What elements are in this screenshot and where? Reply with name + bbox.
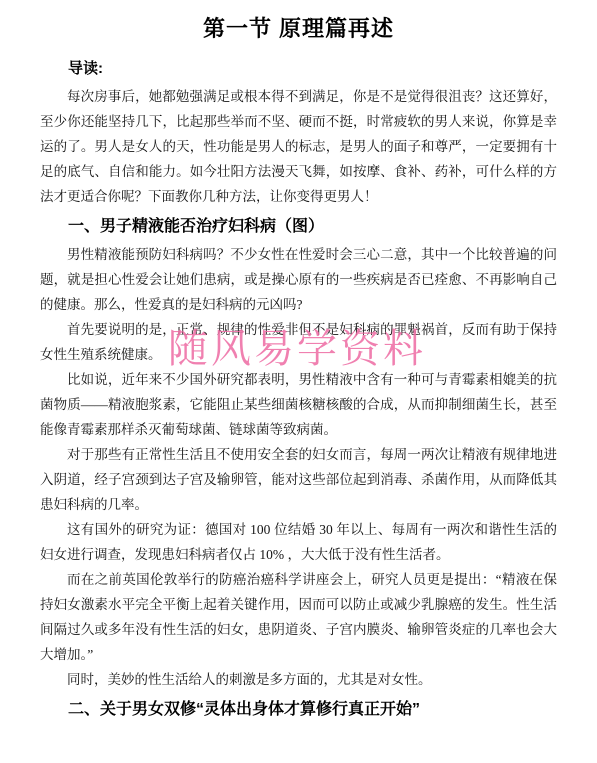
- paragraph: 首先要说明的是，正常、规律的性爱非但不是妇科病的罪魁祸首，反而有助于保持女性生殖…: [40, 317, 557, 367]
- page-title: 第一节 原理篇再述: [40, 14, 557, 44]
- paragraph: 这有国外的研究为证：德国对 100 位结婚 30 年以上、每周有一两次和谐性生活…: [40, 517, 557, 567]
- paragraph: 对于那些有正常性生活且不使用安全套的妇女而言，每周一两次让精液有规律地进入阴道，…: [40, 442, 557, 517]
- section-heading-2: 二、关于男女双修“灵体出身体才算修行真正开始”: [40, 697, 557, 723]
- paragraph: 而在之前英国伦敦举行的防癌治癌科学讲座会上，研究人员更是提出：“精液在保持妇女激…: [40, 567, 557, 667]
- intro-paragraph: 每次房事后，她都勉强满足或根本得不到满足，你是不是觉得很沮丧？这还算好，至少你还…: [40, 84, 557, 209]
- section-heading-1: 一、男子精液能否治疗妇科病（图）: [40, 214, 557, 240]
- intro-label: 导读:: [40, 56, 557, 82]
- paragraph: 比如说，近年来不少国外研究都表明，男性精液中含有一种可与青霉素相媲美的抗菌物质—…: [40, 367, 557, 442]
- document-page: 第一节 原理篇再述 导读: 每次房事后，她都勉强满足或根本得不到满足，你是不是觉…: [0, 0, 597, 763]
- paragraph: 同时，美妙的性生活给人的刺激是多方面的，尤其是对女性。: [40, 667, 557, 692]
- paragraph: 男性精液能预防妇科病吗？不少女性在性爱时会三心二意，其中一个比较普遍的问题，就是…: [40, 242, 557, 317]
